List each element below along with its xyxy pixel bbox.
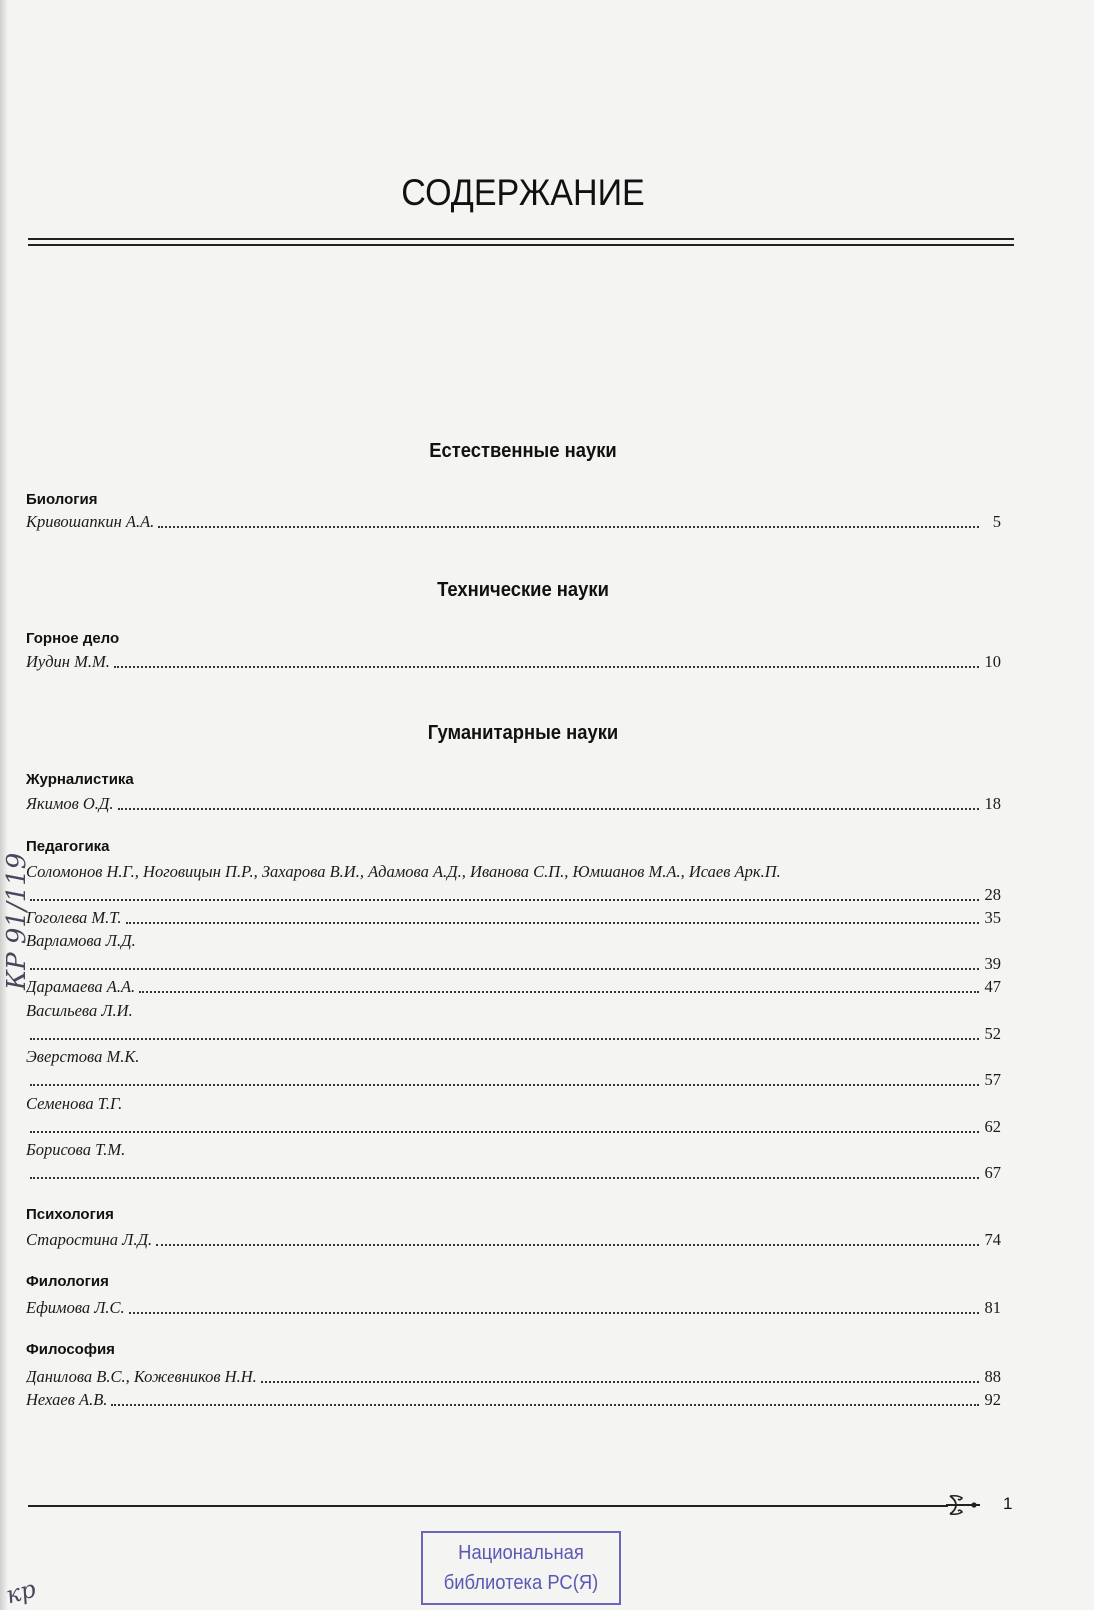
toc-entry-author: Семенова Т.Г. — [26, 1094, 122, 1113]
dot-leader — [118, 794, 979, 810]
trident-arrow-ornament-icon — [944, 1492, 984, 1518]
toc-entry-text: Эверстова М.К. Научно-исследовательская … — [26, 1046, 139, 1068]
toc-entry-author: Варламова Л.Д. — [26, 931, 136, 950]
toc-entry-line: Якимов О.Д. Формирование в Восточной Сиб… — [26, 793, 1001, 815]
toc-entry-line: Нехаев А.В. Мнение в системе дискурса: л… — [26, 1389, 1001, 1411]
toc-entry-author: Борисова Т.М. — [26, 1140, 125, 1159]
toc-entry-line: в якутской школе52 — [26, 1023, 1001, 1045]
dot-leader — [30, 1117, 979, 1133]
section-heading: Гуманитарные науки — [42, 722, 1004, 745]
toc-entry-author: Данилова В.С., Кожевников Н.Н. — [26, 1367, 257, 1386]
toc-entry-author: Иудин М.М. — [26, 652, 110, 671]
toc-entry-page: 39 — [983, 953, 1001, 975]
toc-entry-line: студенческого самоуправления39 — [26, 953, 1001, 975]
toc-entry-line: у студентов средствами якутской поэзии67 — [26, 1162, 1001, 1184]
subsection-heading: Психология — [26, 1206, 114, 1223]
dot-leader — [30, 885, 979, 901]
table-of-contents: Естественные наукиБиологияКривошапкин А.… — [0, 0, 1094, 1610]
toc-entry-line: Дарамаева А.А. Модель формирования творч… — [26, 976, 1001, 998]
toc-entry-page: 81 — [983, 1297, 1001, 1319]
dot-leader — [129, 1298, 979, 1314]
dot-leader — [30, 1163, 979, 1179]
toc-entry-line: Соломонов Н.Г., Ноговицын П.Р., Захарова… — [26, 861, 1001, 883]
toc-entry-text: Нехаев А.В. Мнение в системе дискурса: л… — [26, 1389, 107, 1411]
toc-entry-line: Данилова В.С., Кожевников Н.Н. Основные … — [26, 1366, 1001, 1388]
toc-entry-line: Варламова Л.Д. Формирование гуманистичес… — [26, 930, 1001, 952]
toc-entry-author: Гоголева М.Т. — [26, 908, 122, 927]
toc-entry-text: Васильева Л.И. Современные образовательн… — [26, 1000, 133, 1022]
library-stamp: Национальная библиотека РС(Я) — [421, 1531, 621, 1605]
subsection-heading: Филология — [26, 1273, 109, 1290]
toc-entry-author: Ефимова Л.С. — [26, 1298, 125, 1317]
dot-leader — [114, 652, 979, 668]
footer-rule — [28, 1505, 948, 1507]
toc-entry-line: Борисова Т.М. Модель педагогической техн… — [26, 1139, 1001, 1161]
dot-leader — [30, 1024, 979, 1040]
toc-entry-author: Старостина Л.Д. — [26, 1230, 152, 1249]
dot-leader — [261, 1367, 979, 1383]
toc-entry-page: 5 — [983, 511, 1001, 533]
toc-entry-page: 67 — [983, 1162, 1001, 1184]
toc-entry-page: 28 — [983, 884, 1001, 906]
toc-entry-text: Кривошапкин А.А. Кабарга (Moschus moschi… — [26, 511, 154, 533]
subsection-heading: Горное дело — [26, 630, 119, 647]
dot-leader — [111, 1390, 979, 1406]
toc-entry-line: Гоголева М.Т. Изучение устного народного… — [26, 907, 1001, 929]
toc-entry-text: Соломонов Н.Г., Ноговицын П.Р., Захарова… — [26, 861, 781, 883]
toc-entry-line: Ефимова Л.С. Поэтика алгыса якутов: эпит… — [26, 1297, 1001, 1319]
section-heading: Естественные науки — [42, 440, 1004, 463]
toc-entry-line: Кривошапкин А.А. Кабарга (Moschus moschi… — [26, 511, 1001, 533]
stamp-line-2: библиотека РС(Я) — [431, 1568, 611, 1598]
section-heading: Технические науки — [42, 579, 1004, 602]
toc-entry-line: Семенова Т.Г. Формирование готовности ро… — [26, 1093, 1001, 1115]
toc-entry-page: 52 — [983, 1023, 1001, 1045]
toc-entry-author: Нехаев А.В. — [26, 1390, 107, 1409]
toc-entry-text: Ефимова Л.С. Поэтика алгыса якутов: эпит… — [26, 1297, 125, 1319]
toc-entry-line: Эверстова М.К. Научно-исследовательская … — [26, 1046, 1001, 1068]
toc-entry-text: Варламова Л.Д. Формирование гуманистичес… — [26, 930, 136, 952]
toc-entry-text: Иудин М.М. Оценка сложности горно-геолог… — [26, 651, 110, 673]
toc-entry-page: 57 — [983, 1069, 1001, 1091]
toc-entry-line: Васильева Л.И. Современные образовательн… — [26, 1000, 1001, 1022]
dot-leader — [156, 1230, 979, 1246]
toc-entry-page: 47 — [983, 976, 1001, 998]
dot-leader — [139, 977, 979, 993]
subsection-heading: Биология — [26, 491, 98, 508]
toc-entry-text: Гоголева М.Т. Изучение устного народного… — [26, 907, 122, 929]
toc-entry-page: 62 — [983, 1116, 1001, 1138]
toc-entry-author: Дарамаева А.А. — [26, 977, 135, 996]
toc-entry-author: Якимов О.Д. — [26, 794, 114, 813]
toc-entry-line: образовательной сфере57 — [26, 1069, 1001, 1091]
toc-entry-line: с речевыми нарушениями62 — [26, 1116, 1001, 1138]
page-number: 1 — [1003, 1494, 1012, 1514]
dot-leader — [30, 954, 979, 970]
toc-entry-page: 10 — [983, 651, 1001, 673]
subsection-heading: Философия — [26, 1341, 115, 1358]
toc-entry-text: Семенова Т.Г. Формирование готовности ро… — [26, 1093, 122, 1115]
toc-entry-page: 74 — [983, 1229, 1001, 1251]
toc-entry-page: 92 — [983, 1389, 1001, 1411]
toc-entry-line: Опыт организации научно-исследовательски… — [26, 884, 1001, 906]
subsection-heading: Журналистика — [26, 771, 134, 788]
stamp-line-1: Национальная — [431, 1538, 611, 1568]
toc-entry-page: 88 — [983, 1366, 1001, 1388]
dot-leader — [158, 512, 979, 528]
toc-entry-page: 18 — [983, 793, 1001, 815]
toc-entry-author: Васильева Л.И. — [26, 1001, 133, 1020]
toc-entry-text: Данилова В.С., Кожевников Н.Н. Основные … — [26, 1366, 257, 1388]
toc-entry-line: Иудин М.М. Оценка сложности горно-геолог… — [26, 651, 1001, 673]
toc-entry-line: Старостина Л.Д. Роль отца в психическом … — [26, 1229, 1001, 1251]
toc-entry-text: Борисова Т.М. Модель педагогической техн… — [26, 1139, 125, 1161]
toc-entry-text: Дарамаева А.А. Модель формирования творч… — [26, 976, 135, 998]
subsection-heading: Педагогика — [26, 838, 110, 855]
toc-entry-author: Кривошапкин А.А. — [26, 512, 154, 531]
toc-entry-author: Соломонов Н.Г., Ноговицын П.Р., Захарова… — [26, 862, 781, 881]
dot-leader — [126, 908, 979, 924]
toc-entry-text: Старостина Л.Д. Роль отца в психическом … — [26, 1229, 152, 1251]
toc-entry-page: 35 — [983, 907, 1001, 929]
toc-entry-author: Эверстова М.К. — [26, 1047, 139, 1066]
dot-leader — [30, 1070, 979, 1086]
handwritten-margin-note: КР 91/119 — [2, 830, 36, 990]
toc-entry-text: Якимов О.Д. Формирование в Восточной Сиб… — [26, 793, 114, 815]
